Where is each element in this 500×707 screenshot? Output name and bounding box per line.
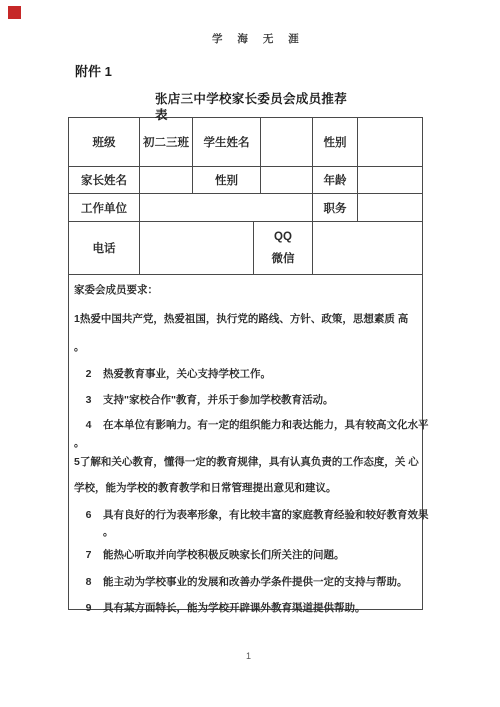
- work-unit-value-cell: [140, 194, 313, 222]
- student-name-value-cell: [261, 118, 313, 167]
- class-label-cell: 班级: [69, 118, 140, 167]
- requirement-line: 1热爱中国共产党，热爱祖国，执行党的路线、方针、政策，思想素质 高: [74, 312, 408, 326]
- page-number: 1: [246, 651, 251, 661]
- requirement-line: 。: [74, 340, 85, 354]
- requirement-line: 4在本单位有影响力。有一定的组织能力和表达能力，具有较高文化水平: [74, 418, 429, 432]
- header-watermark: 学 海 无 涯: [212, 31, 305, 46]
- doc-title-line2: 表: [155, 105, 168, 123]
- work-unit-label-cell: 工作单位: [69, 194, 140, 222]
- table-row-work: 工作单位 职务: [69, 194, 423, 222]
- table-row-phone: 电话 QQ 微信: [69, 222, 423, 275]
- qq-label: QQ: [254, 226, 312, 248]
- requirement-line: 学校，能为学校的教育教学和日常管理提出意见和建议。: [74, 481, 337, 495]
- requirement-line: 2热爱教育事业，关心支持学校工作。: [74, 367, 271, 381]
- gender2-label-cell: 性别: [193, 167, 261, 194]
- position-value-cell: [358, 194, 423, 222]
- class-value-cell: 初二三班: [140, 118, 193, 167]
- position-label-cell: 职务: [313, 194, 358, 222]
- gender1-label-cell: 性别: [313, 118, 358, 167]
- attachment-label: 附件 1: [75, 61, 112, 80]
- table-row-class: 班级 初二三班 学生姓名 性别: [69, 118, 423, 167]
- requirement-line: 8能主动为学校事业的发展和改善办学条件提供一定的支持与帮助。: [74, 575, 408, 589]
- age-value-cell: [358, 167, 423, 194]
- recommendation-table: 班级 初二三班 学生姓名 性别 家长姓名 性别 年龄 工作单位 职务 电话 QQ: [68, 117, 423, 610]
- qq-wechat-value-cell: [313, 222, 423, 275]
- requirement-line: 5了解和关心教育，懂得一定的教育规律，具有认真负责的工作态度，关 心: [74, 455, 419, 469]
- gender1-value-cell: [358, 118, 423, 167]
- wechat-label: 微信: [254, 248, 312, 270]
- table-row-requirements: 家委会成员要求： 1热爱中国共产党，热爱祖国，执行党的路线、方针、政策，思想素质…: [69, 275, 423, 610]
- requirements-heading: 家委会成员要求：: [74, 283, 158, 297]
- requirements-cell: 家委会成员要求： 1热爱中国共产党，热爱祖国，执行党的路线、方针、政策，思想素质…: [69, 275, 423, 610]
- document-page: 学 海 无 涯 附件 1 张店三中学校家长委员会成员推荐 表 班级 初二三班 学…: [0, 0, 500, 707]
- doc-title-line1: 张店三中学校家长委员会成员推荐: [155, 89, 347, 107]
- requirement-line: 3支持"家校合作"教育，并乐于参加学校教育活动。: [74, 393, 333, 407]
- requirement-line: 。: [103, 525, 114, 539]
- phone-value-cell: [140, 222, 254, 275]
- gender2-value-cell: [261, 167, 313, 194]
- requirement-line: 9具有某方面特长，能为学校开辟课外教育渠道提供帮助。: [74, 601, 366, 615]
- red-corner-mark-icon: [8, 6, 21, 19]
- requirement-line: 7能热心听取并向学校积极反映家长们所关注的问题。: [74, 548, 345, 562]
- requirement-line: 6具有良好的行为表率形象，有比较丰富的家庭教育经验和较好教育效果: [74, 508, 429, 522]
- parent-name-label-cell: 家长姓名: [69, 167, 140, 194]
- qq-wechat-label-cell: QQ 微信: [254, 222, 313, 275]
- phone-label-cell: 电话: [69, 222, 140, 275]
- requirement-line: 。: [74, 436, 85, 450]
- parent-name-value-cell: [140, 167, 193, 194]
- student-name-label-cell: 学生姓名: [193, 118, 261, 167]
- age-label-cell: 年龄: [313, 167, 358, 194]
- table-row-parent: 家长姓名 性别 年龄: [69, 167, 423, 194]
